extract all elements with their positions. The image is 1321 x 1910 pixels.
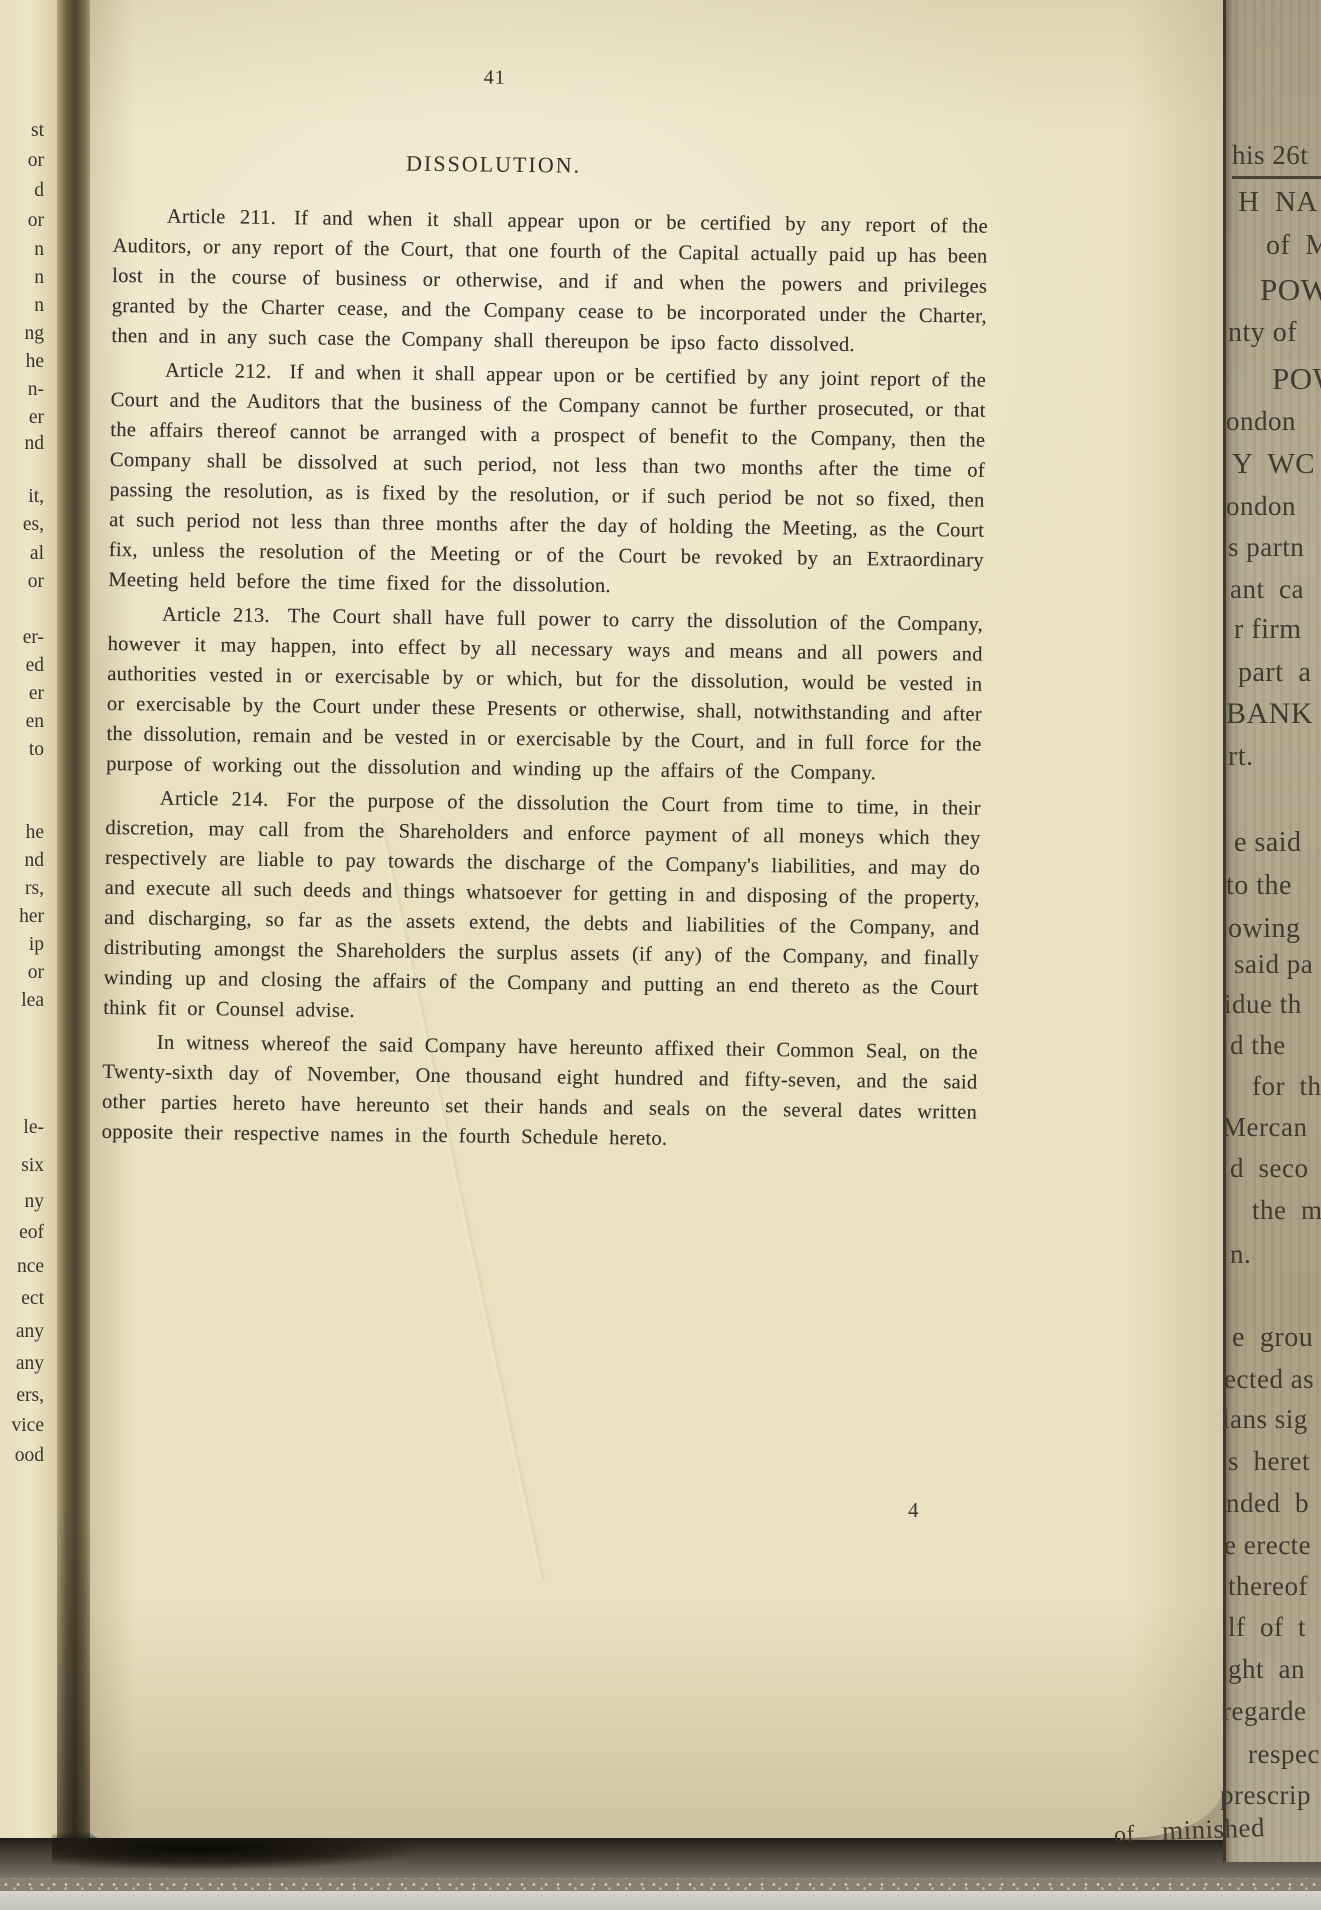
previous-page-text-fragment: er xyxy=(29,683,44,705)
previous-page-text-fragment: n- xyxy=(28,379,44,401)
newspaper-text-fragment: POW xyxy=(1272,361,1321,397)
page-number: 41 xyxy=(115,62,875,94)
previous-page-text-fragment: n xyxy=(34,295,44,317)
newspaper-text-fragment: ondon xyxy=(1226,406,1296,437)
previous-page-text-fragment: he xyxy=(26,351,44,373)
newspaper-text-fragment: e grou xyxy=(1232,1322,1313,1354)
previous-page-text-fragment: en xyxy=(26,711,44,733)
article-212-text: If and when it shall appear upon or be c… xyxy=(108,361,986,597)
newspaper-text-fragment: his 26t xyxy=(1232,140,1321,179)
signature-mark: 4 xyxy=(908,1498,919,1523)
previous-page-text-fragment: er- xyxy=(23,627,44,649)
page-block-edge xyxy=(0,1878,1321,1891)
previous-page-text-fragment: or xyxy=(28,571,44,593)
article-214-label: Article 214. xyxy=(160,788,287,812)
book-scan: stordornnnnghen-erndit,es,alorer-ederent… xyxy=(0,0,1321,1910)
newspaper-text-fragment: prescrip xyxy=(1220,1780,1311,1811)
newspaper-text-fragment: BANK xyxy=(1226,697,1313,731)
newspaper-text-fragment: H NA xyxy=(1238,186,1318,219)
previous-page-edge: stordornnnnghen-erndit,es,alorer-ederent… xyxy=(0,0,57,1838)
previous-page-text-fragment: ny xyxy=(25,1191,45,1213)
article-211-text: If and when it shall appear upon or be c… xyxy=(111,207,988,356)
previous-page-text-fragment: or xyxy=(28,210,44,232)
newspaper-text-fragment: said pa xyxy=(1234,949,1313,980)
previous-page-text-fragment: d xyxy=(34,180,44,202)
previous-page-text-fragment: er xyxy=(29,407,44,429)
newspaper-text-fragment: ant ca xyxy=(1230,574,1304,605)
previous-page-text-fragment: ng xyxy=(25,323,45,345)
newspaper-text-fragment: d the xyxy=(1230,1030,1286,1061)
newspaper-clipping: his 26tH NAof MPOWnty ofPOWondonY WCondo… xyxy=(1223,0,1321,1862)
article-212-paragraph: Article 212.If and when it shall appear … xyxy=(108,355,986,606)
newspaper-text-fragment: owing xyxy=(1228,913,1301,945)
newspaper-text-fragment: thereof xyxy=(1228,1571,1308,1602)
previous-page-text-fragment: n xyxy=(34,267,44,289)
article-214-text: For the purpose of the dissolution the C… xyxy=(103,789,981,1022)
previous-page-text-fragment: nd xyxy=(25,850,45,872)
previous-page-text-fragment: nd xyxy=(25,433,45,455)
newspaper-text-fragment: e erecte xyxy=(1224,1530,1311,1561)
article-213-paragraph: Article 213.The Court shall have full po… xyxy=(106,599,983,790)
section-heading: DISSOLUTION. xyxy=(113,147,873,182)
previous-page-text-fragment: to xyxy=(29,739,44,761)
previous-page-text-fragment: any xyxy=(16,1321,44,1343)
newspaper-text-fragment: idue th xyxy=(1224,989,1302,1020)
article-211-paragraph: Article 211.If and when it shall appear … xyxy=(111,201,988,362)
previous-page-text-fragment: nce xyxy=(17,1256,44,1278)
book-page: 41 DISSOLUTION. Article 211.If and when … xyxy=(90,0,1223,1838)
newspaper-text-fragment: Mercan xyxy=(1222,1112,1307,1143)
newspaper-text-fragment: part a xyxy=(1238,657,1311,689)
article-213-label: Article 213. xyxy=(162,604,288,628)
previous-page-text-fragment: or xyxy=(28,150,44,172)
newspaper-text-fragment: s heret xyxy=(1228,1446,1310,1477)
previous-page-text-fragment: lea xyxy=(21,990,44,1012)
previous-page-text-fragment: ip xyxy=(29,934,44,956)
article-214-paragraph: Article 214.For the purpose of the disso… xyxy=(103,783,981,1034)
newspaper-text-fragment: the m xyxy=(1252,1195,1321,1226)
article-213-text: The Court shall have full power to carry… xyxy=(106,605,983,784)
newspaper-text-fragment: e said xyxy=(1234,827,1302,859)
newspaper-text-fragment: of M xyxy=(1266,230,1321,262)
previous-page-text-fragment: ed xyxy=(26,655,44,677)
newspaper-text-fragment: ected as xyxy=(1224,1364,1314,1395)
newspaper-text-fragment: nded b xyxy=(1226,1488,1309,1519)
previous-page-text-fragment: vice xyxy=(12,1415,44,1437)
newspaper-text-fragment: ondon xyxy=(1226,491,1296,522)
previous-page-text-fragment: any xyxy=(16,1353,44,1375)
newspaper-text-fragment: n. xyxy=(1230,1239,1251,1270)
newspaper-text-fragment: respec xyxy=(1248,1739,1320,1770)
previous-page-text-fragment: eof xyxy=(19,1222,44,1244)
article-212-label: Article 212. xyxy=(165,360,290,384)
newspaper-text-fragment: minished xyxy=(1161,1812,1265,1847)
previous-page-text-fragment: or xyxy=(28,962,44,984)
newspaper-text-fragment: for th xyxy=(1252,1071,1321,1102)
previous-page-text-fragment: he xyxy=(26,822,44,844)
table-surface xyxy=(0,1891,1321,1910)
newspaper-text-fragment: lf of t xyxy=(1228,1612,1306,1643)
newspaper-text-fragment: lans sig xyxy=(1222,1404,1308,1435)
page-text-block: 41 DISSOLUTION. Article 211.If and when … xyxy=(102,48,990,1158)
previous-page-text-fragment: n xyxy=(34,239,44,261)
previous-page-text-fragment: al xyxy=(30,543,44,565)
newspaper-text-fragment: d seco xyxy=(1230,1153,1308,1184)
previous-page-text-fragment: ood xyxy=(15,1445,44,1467)
previous-page-text-fragment: ect xyxy=(21,1288,44,1310)
book-gutter-shadow xyxy=(57,0,90,1838)
newspaper-text-fragment: rt. xyxy=(1228,741,1254,773)
newspaper-text-fragment: s partn xyxy=(1228,532,1304,563)
previous-page-text-fragment: it, xyxy=(28,486,44,508)
newspaper-text-fragment: r firm xyxy=(1234,614,1302,646)
newspaper-text-fragment: of xyxy=(1113,1821,1135,1849)
newspaper-text-fragment: POW xyxy=(1260,272,1321,308)
newspaper-text-fragment: Y WC xyxy=(1232,448,1315,481)
previous-page-text-fragment: six xyxy=(21,1155,44,1177)
previous-page-text-fragment: ers, xyxy=(16,1385,44,1407)
newspaper-text-fragment: to the xyxy=(1226,870,1292,902)
newspaper-text-fragment: nty of xyxy=(1228,317,1297,349)
newspaper-text-fragment: ght an xyxy=(1228,1654,1305,1685)
article-211-label: Article 211. xyxy=(167,206,294,230)
previous-page-text-fragment: le- xyxy=(23,1117,44,1139)
previous-page-text-fragment: her xyxy=(19,906,44,928)
newspaper-text-fragment: regarde xyxy=(1222,1696,1306,1727)
previous-page-text-fragment: st xyxy=(31,120,44,142)
previous-page-text-fragment: rs, xyxy=(25,878,44,900)
closing-paragraph: In witness whereof the said Company have… xyxy=(102,1027,978,1158)
previous-page-text-fragment: es, xyxy=(23,514,44,536)
